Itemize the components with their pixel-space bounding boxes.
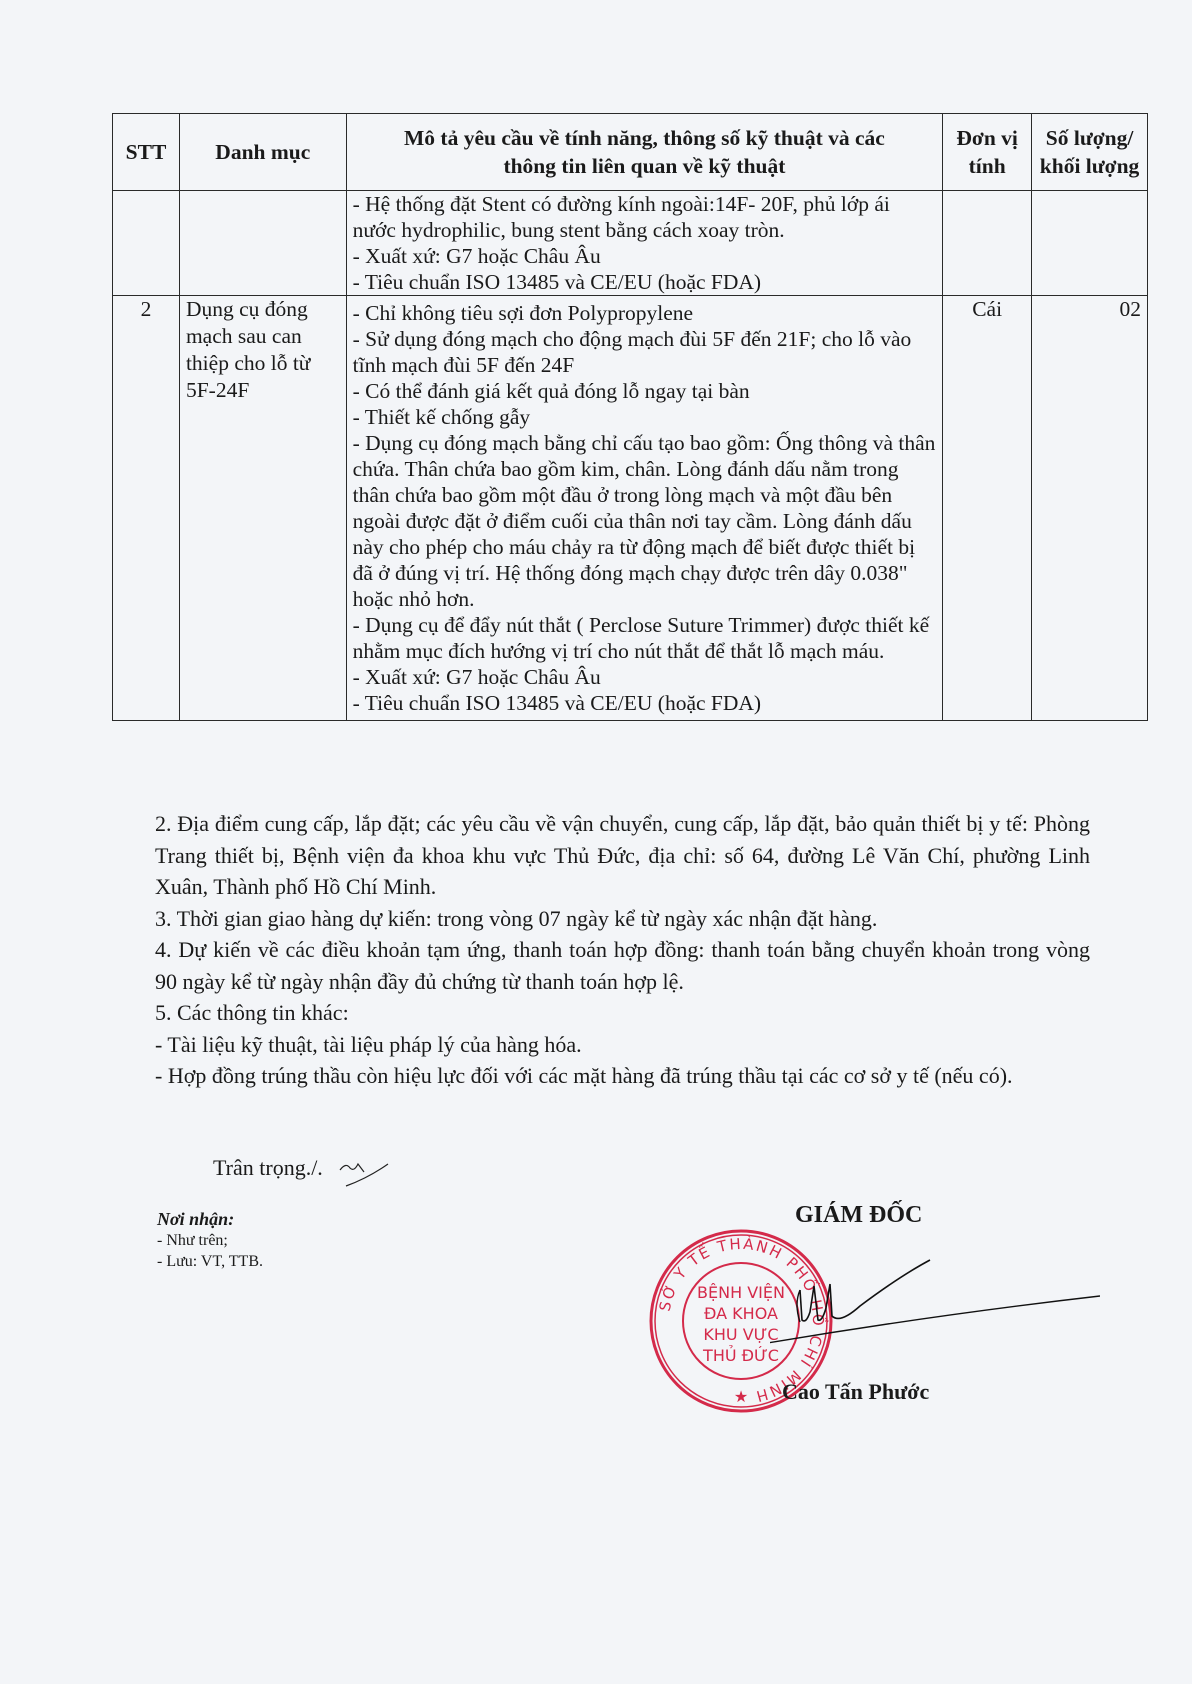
- paragraph-other-info: 5. Các thông tin khác:: [155, 997, 1090, 1029]
- header-unit: Đơn vị tính: [943, 114, 1032, 191]
- paragraph-other-info-a: - Tài liệu kỹ thuật, tài liệu pháp lý củ…: [155, 1029, 1090, 1061]
- recipient-item: - Như trên;: [157, 1230, 263, 1251]
- cell-description: - Hệ thống đặt Stent có đường kính ngoài…: [346, 191, 943, 296]
- description-line: - Thiết kế chống gẫy: [353, 404, 937, 430]
- cell-unit: Cái: [943, 296, 1032, 721]
- header-quantity: Số lượng/ khối lượng: [1032, 114, 1148, 191]
- paragraph-other-info-b: - Hợp đồng trúng thầu còn hiệu lực đối v…: [155, 1060, 1090, 1092]
- cell-unit: [943, 191, 1032, 296]
- recipients-block: Nơi nhận: - Như trên; - Lưu: VT, TTB.: [157, 1209, 263, 1272]
- closing-text: Trân trọng./.: [213, 1155, 323, 1181]
- table-row: 2 Dụng cụ đóng mạch sau can thiệp cho lỗ…: [113, 296, 1148, 721]
- description-line: - Dụng cụ để đẩy nút thắt ( Perclose Sut…: [353, 612, 937, 664]
- cell-category: [179, 191, 346, 296]
- initial-mark-icon: [338, 1158, 398, 1188]
- document-page: STT Danh mục Mô tả yêu cầu về tính năng,…: [0, 0, 1192, 1684]
- header-description-line2: thông tin liên quan về kỹ thuật: [353, 152, 937, 180]
- svg-text:KHU VỰC: KHU VỰC: [703, 1325, 778, 1344]
- signer-name: Cao Tấn Phước: [782, 1379, 929, 1405]
- handwritten-signature-icon: [770, 1250, 1100, 1360]
- description-line: - Xuất xứ: G7 hoặc Châu Âu: [353, 243, 937, 269]
- header-category: Danh mục: [179, 114, 346, 191]
- table-header-row: STT Danh mục Mô tả yêu cầu về tính năng,…: [113, 114, 1148, 191]
- header-description-line1: Mô tả yêu cầu về tính năng, thông số kỹ …: [353, 124, 937, 152]
- header-unit-line1: Đơn vị: [949, 124, 1025, 152]
- signer-title: GIÁM ĐỐC: [795, 1202, 922, 1229]
- description-line: - Sử dụng đóng mạch cho động mạch đùi 5F…: [353, 326, 937, 378]
- body-text: 2. Địa điểm cung cấp, lắp đặt; các yêu c…: [155, 808, 1090, 1092]
- cell-category: Dụng cụ đóng mạch sau can thiệp cho lỗ t…: [179, 296, 346, 721]
- cell-quantity: 02: [1032, 296, 1148, 721]
- description-line: - Xuất xứ: G7 hoặc Châu Âu: [353, 664, 937, 690]
- svg-text:ĐA KHOA: ĐA KHOA: [704, 1304, 778, 1323]
- paragraph-payment-terms: 4. Dự kiến về các điều khoản tạm ứng, th…: [155, 934, 1090, 997]
- header-stt: STT: [113, 114, 180, 191]
- svg-text:★: ★: [734, 1389, 748, 1406]
- spec-table: STT Danh mục Mô tả yêu cầu về tính năng,…: [112, 113, 1148, 721]
- header-description: Mô tả yêu cầu về tính năng, thông số kỹ …: [346, 114, 943, 191]
- header-qty-line2: khối lượng: [1038, 152, 1141, 180]
- description-line: - Chỉ không tiêu sợi đơn Polypropylene: [353, 300, 937, 326]
- paragraph-delivery-time: 3. Thời gian giao hàng dự kiến: trong vò…: [155, 903, 1090, 935]
- description-line: - Có thể đánh giá kết quả đóng lỗ ngay t…: [353, 378, 937, 404]
- header-qty-line1: Số lượng/: [1038, 124, 1141, 152]
- paragraph-delivery-location: 2. Địa điểm cung cấp, lắp đặt; các yêu c…: [155, 808, 1090, 903]
- description-line: - Tiêu chuẩn ISO 13485 và CE/EU (hoặc FD…: [353, 690, 937, 716]
- svg-text:THỦ ĐỨC: THỦ ĐỨC: [702, 1345, 779, 1365]
- description-line: - Tiêu chuẩn ISO 13485 và CE/EU (hoặc FD…: [353, 269, 937, 295]
- cell-stt: [113, 191, 180, 296]
- cell-stt: 2: [113, 296, 180, 721]
- description-line: - Dụng cụ đóng mạch bằng chỉ cấu tạo bao…: [353, 430, 937, 612]
- table-row: - Hệ thống đặt Stent có đường kính ngoài…: [113, 191, 1148, 296]
- recipients-title: Nơi nhận:: [157, 1209, 263, 1230]
- cell-description: - Chỉ không tiêu sợi đơn Polypropylene -…: [346, 296, 943, 721]
- cell-quantity: [1032, 191, 1148, 296]
- recipient-item: - Lưu: VT, TTB.: [157, 1251, 263, 1272]
- header-unit-line2: tính: [949, 152, 1025, 180]
- description-line: - Hệ thống đặt Stent có đường kính ngoài…: [353, 191, 937, 243]
